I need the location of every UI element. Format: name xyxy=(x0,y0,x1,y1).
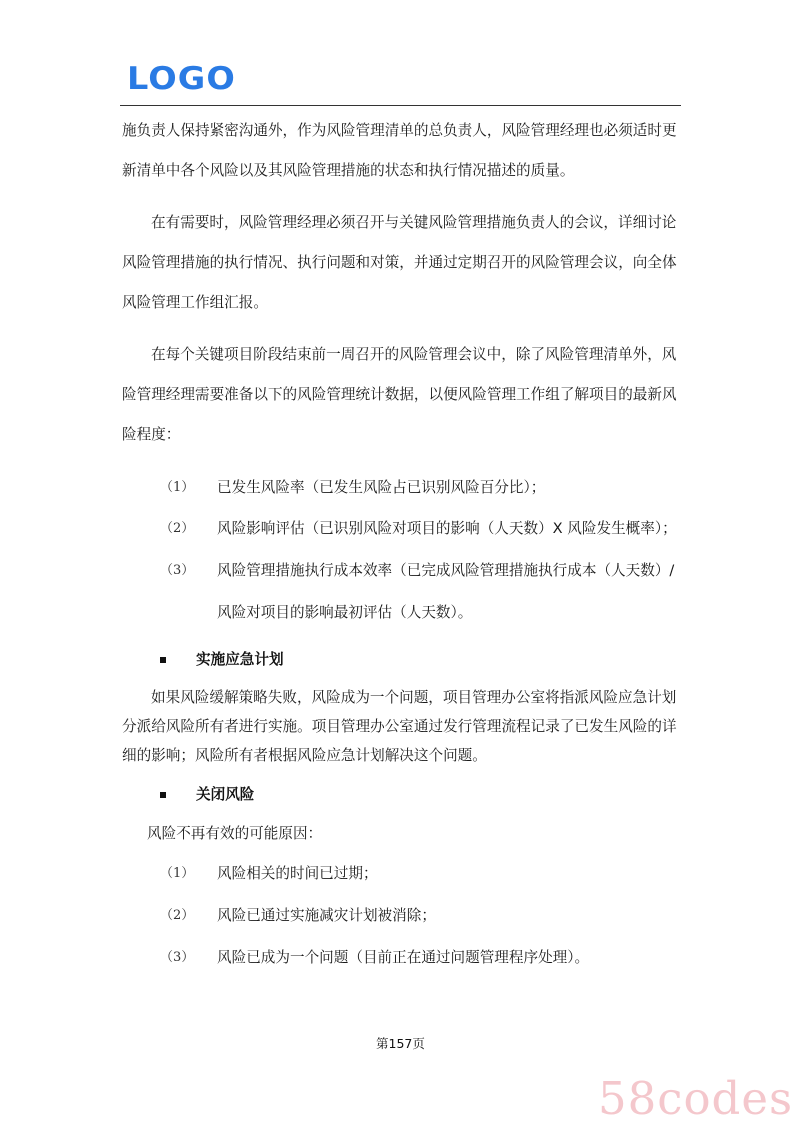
list-number: （3） xyxy=(160,948,194,968)
list-number: （2） xyxy=(160,906,194,926)
header-divider xyxy=(120,105,681,106)
paragraph-line: 新清单中各个风险以及其风险管理措施的状态和执行情况描述的质量。 xyxy=(122,161,574,181)
paragraph-line: 如果风险缓解策略失败，风险成为一个问题，项目管理办公室将指派风险应急计划 xyxy=(151,688,676,708)
list-number: （1） xyxy=(160,864,194,884)
list-item: 风险相关的时间已过期； xyxy=(217,864,378,884)
bullet-icon xyxy=(160,657,166,663)
paragraph-line: 风险不再有效的可能原因： xyxy=(147,824,322,844)
list-item: 风险影响评估（已识别风险对项目的影响（人天数）X 风险发生概率）； xyxy=(217,519,677,539)
paragraph-line: 施负责人保持紧密沟通外，作为风险管理清单的总负责人，风险管理经理也必须适时更 xyxy=(122,121,677,141)
paragraph-line: 细的影响；风险所有者根据风险应急计划解决这个问题。 xyxy=(122,746,487,766)
list-item: 风险已通过实施减灾计划被消除； xyxy=(217,906,436,926)
paragraph-line: 分派给风险所有者进行实施。项目管理办公室通过发行管理流程记录了已发生风险的详 xyxy=(122,717,677,737)
list-number: （2） xyxy=(160,519,194,539)
paragraph-line: 险程度： xyxy=(122,425,180,445)
list-number: （1） xyxy=(160,478,194,498)
paragraph-line: 风险管理工作组汇报。 xyxy=(122,293,268,313)
section-heading: 实施应急计划 xyxy=(196,650,284,670)
page-logo: LOGO xyxy=(127,62,236,96)
paragraph-line: 险管理经理需要准备以下的风险管理统计数据，以便风险管理工作组了解项目的最新风 xyxy=(122,385,677,405)
paragraph-line: 在有需要时，风险管理经理必须召开与关键风险管理措施负责人的会议，详细讨论 xyxy=(151,213,676,233)
paragraph-line: 风险管理措施的执行情况、执行问题和对策，并通过定期召开的风险管理会议，向全体 xyxy=(122,253,677,273)
list-item: 风险已成为一个问题（目前正在通过问题管理程序处理）。 xyxy=(217,948,589,968)
paragraph-line: 在每个关键项目阶段结束前一周召开的风险管理会议中，除了风险管理清单外，风 xyxy=(151,345,676,365)
list-item: 风险管理措施执行成本效率（已完成风险管理措施执行成本（人天数）/ xyxy=(217,561,674,581)
list-item: 已发生风险率（已发生风险占已识别风险百分比）； xyxy=(217,478,545,498)
section-heading: 关闭风险 xyxy=(196,785,254,805)
list-number: （3） xyxy=(160,561,194,581)
watermark: 58codes xyxy=(598,1074,793,1124)
bullet-icon xyxy=(160,792,166,798)
list-item-continuation: 风险对项目的影响最初评估（人天数）。 xyxy=(217,603,472,623)
page-number: 第157页 xyxy=(376,1035,425,1053)
